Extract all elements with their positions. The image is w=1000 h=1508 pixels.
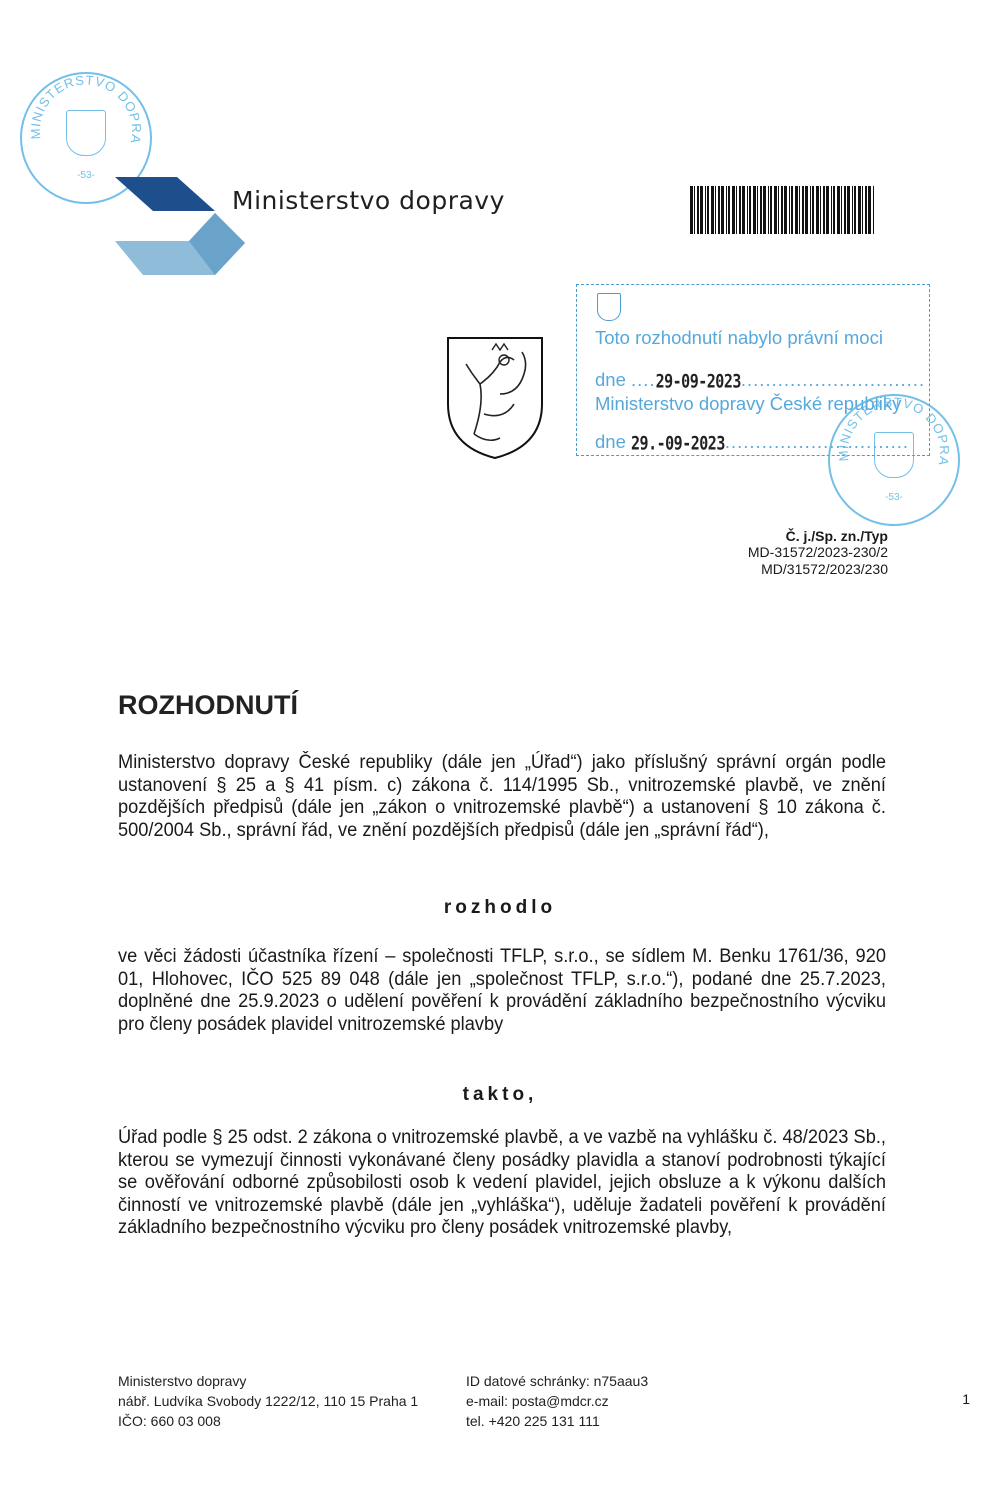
case-number: MD-31572/2023-230/2 bbox=[748, 544, 888, 561]
ruling-paragraph: Úřad podle § 25 odst. 2 zákona o vnitroz… bbox=[118, 1127, 886, 1240]
footer-ico: IČO: 660 03 008 bbox=[118, 1411, 418, 1431]
decided-heading: rozhodlo bbox=[0, 897, 1000, 919]
footer-databox: ID datové schránky: n75aau3 bbox=[466, 1371, 648, 1391]
footer-address: Ministerstvo dopravy nábř. Ludvíka Svobo… bbox=[118, 1371, 418, 1431]
legal-force-date: 29-09-2023 bbox=[656, 370, 741, 393]
stamp-shield-icon bbox=[66, 110, 106, 156]
stamp-date: 29.-09-2023 bbox=[631, 432, 725, 455]
document-title: ROZHODNUTÍ bbox=[118, 690, 298, 721]
stamp-emblem-icon bbox=[597, 293, 621, 321]
file-number: MD/31572/2023/230 bbox=[748, 561, 888, 578]
legal-force-date-line: dne ....29-09-2023......................… bbox=[595, 369, 925, 391]
coat-of-arms-icon bbox=[444, 334, 546, 462]
legal-force-text: Toto rozhodnutí nabylo právní moci bbox=[595, 327, 883, 349]
footer-contacts: ID datové schránky: n75aau3 e-mail: post… bbox=[466, 1371, 648, 1431]
thus-heading: takto, bbox=[0, 1084, 1000, 1106]
footer-email[interactable]: e-mail: posta@mdcr.cz bbox=[466, 1391, 648, 1411]
ministry-round-stamp-bottom: MINISTERSTVO DOPRAVY -53- bbox=[828, 394, 960, 526]
stamp-number: -53- bbox=[830, 492, 958, 503]
stamp-shield-icon bbox=[874, 432, 914, 478]
barcode-icon bbox=[688, 186, 878, 238]
org-name-header: Ministerstvo dopravy bbox=[232, 186, 505, 215]
reference-label: Č. j./Sp. zn./Typ bbox=[748, 528, 888, 544]
reference-block: Č. j./Sp. zn./Typ MD-31572/2023-230/2 MD… bbox=[748, 528, 888, 578]
matter-paragraph: ve věci žádosti účastníka řízení – spole… bbox=[118, 946, 886, 1036]
intro-paragraph: Ministerstvo dopravy České republiky (dá… bbox=[118, 752, 886, 842]
footer-street: nábř. Ludvíka Svobody 1222/12, 110 15 Pr… bbox=[118, 1391, 418, 1411]
page-number: 1 bbox=[962, 1391, 970, 1407]
footer-org: Ministerstvo dopravy bbox=[118, 1371, 418, 1391]
footer-phone: tel. +420 225 131 111 bbox=[466, 1411, 648, 1431]
